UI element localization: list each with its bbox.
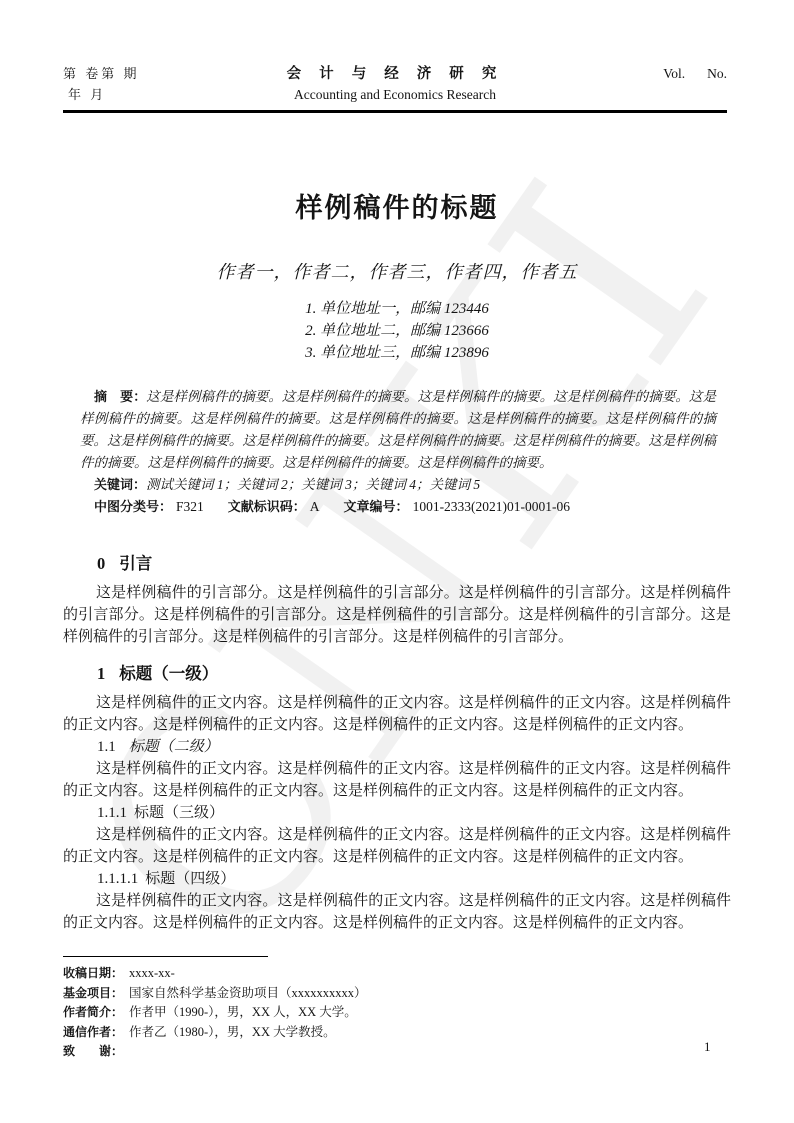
section-introduction: 0引言 这是样例稿件的引言部分。这是样例稿件的引言部分。这是样例稿件的引言部分。… bbox=[63, 552, 731, 648]
section-number: 1.1.1 bbox=[97, 805, 127, 821]
footnote-acknowledgement: 致 谢： bbox=[63, 1042, 683, 1062]
footnote-author-bio: 作者简介：作者甲（1990-），男，XX 人，XX 大学。 bbox=[63, 1003, 683, 1023]
affiliation-item: 2. 单位地址二，邮编 123666 bbox=[0, 320, 794, 342]
doc-code-label: 文献标识码： bbox=[228, 499, 306, 514]
section-level3: 1.1.1标题（三级） 这是样例稿件的正文内容。这是样例稿件的正文内容。这是样例… bbox=[63, 802, 731, 868]
journal-title-cn: 会 计 与 经 济 研 究 bbox=[213, 62, 577, 83]
footnote-text: 作者甲（1990-），男，XX 人，XX 大学。 bbox=[129, 1005, 357, 1019]
footnote-text: xxxx-xx- bbox=[129, 966, 175, 980]
keywords-line: 关键词：测试关键词 1；关键词 2；关键词 3；关键词 4；关键词 5 bbox=[80, 474, 716, 496]
volume-number-info: Vol.No. bbox=[577, 66, 727, 82]
classification-line: 中图分类号：F321文献标识码：A文章编号：1001-2333(2021)01-… bbox=[80, 496, 716, 518]
section-title: 标题（一级） bbox=[119, 665, 218, 683]
author-line: 作者一，作者二，作者三，作者四，作者五 bbox=[0, 258, 794, 284]
section-paragraph: 这是样例稿件的正文内容。这是样例稿件的正文内容。这是样例稿件的正文内容。这是样例… bbox=[63, 824, 731, 868]
footnote-funding: 基金项目：国家自然科学基金资助项目（xxxxxxxxxx） bbox=[63, 984, 683, 1004]
footnote-text: 作者乙（1980-），男，XX 大学教授。 bbox=[129, 1025, 336, 1039]
abstract-text: 这是样例稿件的摘要。这是样例稿件的摘要。这是样例稿件的摘要。这是样例稿件的摘要。… bbox=[80, 389, 716, 470]
section-number: 1.1 bbox=[97, 739, 116, 755]
section-level2: 1.1标题（二级） 这是样例稿件的正文内容。这是样例稿件的正文内容。这是样例稿件… bbox=[63, 736, 731, 802]
section-heading-level1: 1标题（一级） bbox=[63, 662, 731, 686]
section-heading-level2: 1.1标题（二级） bbox=[63, 736, 731, 758]
keywords-label: 关键词： bbox=[94, 477, 146, 492]
vol-label: Vol. bbox=[663, 66, 685, 81]
page-number: 1 bbox=[704, 1039, 711, 1055]
clc-value: F321 bbox=[176, 499, 204, 514]
footnote-received-date: 收稿日期：xxxx-xx- bbox=[63, 964, 683, 984]
affiliation-list: 1. 单位地址一，邮编 123446 2. 单位地址二，邮编 123666 3.… bbox=[0, 298, 794, 364]
section-number: 0 bbox=[97, 554, 105, 573]
header-row-2: 年 月 Accounting and Economics Research bbox=[63, 83, 727, 103]
section-heading-level1: 0引言 bbox=[63, 552, 731, 576]
running-header: 第 卷第 期 会 计 与 经 济 研 究 Vol.No. 年 月 Account… bbox=[63, 62, 727, 113]
affiliation-item: 3. 单位地址三，邮编 123896 bbox=[0, 342, 794, 364]
abstract-block: 摘 要：这是样例稿件的摘要。这是样例稿件的摘要。这是样例稿件的摘要。这是样例稿件… bbox=[80, 386, 716, 474]
section-level4: 1.1.1.1标题（四级） 这是样例稿件的正文内容。这是样例稿件的正文内容。这是… bbox=[63, 868, 731, 934]
footnotes-block: 收稿日期：xxxx-xx- 基金项目：国家自然科学基金资助项目（xxxxxxxx… bbox=[63, 956, 683, 1062]
article-body: 样例稿件的标题 作者一，作者二，作者三，作者四，作者五 1. 单位地址一，邮编 … bbox=[0, 186, 794, 934]
header-row-1: 第 卷第 期 会 计 与 经 济 研 究 Vol.No. bbox=[63, 62, 727, 83]
clc-label: 中图分类号： bbox=[94, 499, 172, 514]
section-heading-level4: 1.1.1.1标题（四级） bbox=[63, 868, 731, 890]
abstract-label: 摘 要： bbox=[94, 389, 146, 404]
section-title: 标题（四级） bbox=[145, 871, 235, 887]
footnote-label: 致 谢： bbox=[63, 1044, 123, 1058]
section-paragraph: 这是样例稿件的引言部分。这是样例稿件的引言部分。这是样例稿件的引言部分。这是样例… bbox=[63, 582, 731, 648]
journal-page: CNKI 第 卷第 期 会 计 与 经 济 研 究 Vol.No. 年 月 Ac… bbox=[0, 0, 794, 1123]
section-paragraph: 这是样例稿件的正文内容。这是样例稿件的正文内容。这是样例稿件的正文内容。这是样例… bbox=[63, 692, 731, 736]
section-level1: 1标题（一级） 这是样例稿件的正文内容。这是样例稿件的正文内容。这是样例稿件的正… bbox=[63, 662, 731, 736]
section-heading-level3: 1.1.1标题（三级） bbox=[63, 802, 731, 824]
footnote-label: 作者简介： bbox=[63, 1005, 123, 1019]
section-title: 标题（三级） bbox=[134, 805, 224, 821]
article-title: 样例稿件的标题 bbox=[0, 186, 794, 225]
journal-title-en: Accounting and Economics Research bbox=[213, 87, 577, 103]
footnote-label: 基金项目： bbox=[63, 986, 123, 1000]
footnote-text: 国家自然科学基金资助项目（xxxxxxxxxx） bbox=[129, 986, 367, 1000]
article-id-value: 1001-2333(2021)01-0001-06 bbox=[413, 499, 570, 514]
keywords-text: 测试关键词 1；关键词 2；关键词 3；关键词 4；关键词 5 bbox=[146, 477, 480, 492]
footnote-corresponding-author: 通信作者：作者乙（1980-），男，XX 大学教授。 bbox=[63, 1023, 683, 1043]
footnote-label: 收稿日期： bbox=[63, 966, 123, 980]
date-info: 年 月 bbox=[63, 84, 213, 103]
section-paragraph: 这是样例稿件的正文内容。这是样例稿件的正文内容。这是样例稿件的正文内容。这是样例… bbox=[63, 890, 731, 934]
issue-info: 第 卷第 期 bbox=[63, 63, 213, 82]
doc-code-value: A bbox=[310, 499, 320, 514]
footnote-label: 通信作者： bbox=[63, 1025, 123, 1039]
no-label: No. bbox=[707, 66, 727, 81]
footnote-divider bbox=[63, 956, 268, 957]
section-paragraph: 这是样例稿件的正文内容。这是样例稿件的正文内容。这是样例稿件的正文内容。这是样例… bbox=[63, 758, 731, 802]
article-id-label: 文章编号： bbox=[344, 499, 409, 514]
affiliation-item: 1. 单位地址一，邮编 123446 bbox=[0, 298, 794, 320]
section-list: 0引言 这是样例稿件的引言部分。这是样例稿件的引言部分。这是样例稿件的引言部分。… bbox=[63, 552, 731, 934]
section-title: 引言 bbox=[119, 555, 152, 573]
section-number: 1.1.1.1 bbox=[97, 871, 138, 887]
header-rule bbox=[63, 110, 727, 113]
section-title: 标题（二级） bbox=[129, 739, 219, 755]
section-number: 1 bbox=[97, 664, 105, 683]
